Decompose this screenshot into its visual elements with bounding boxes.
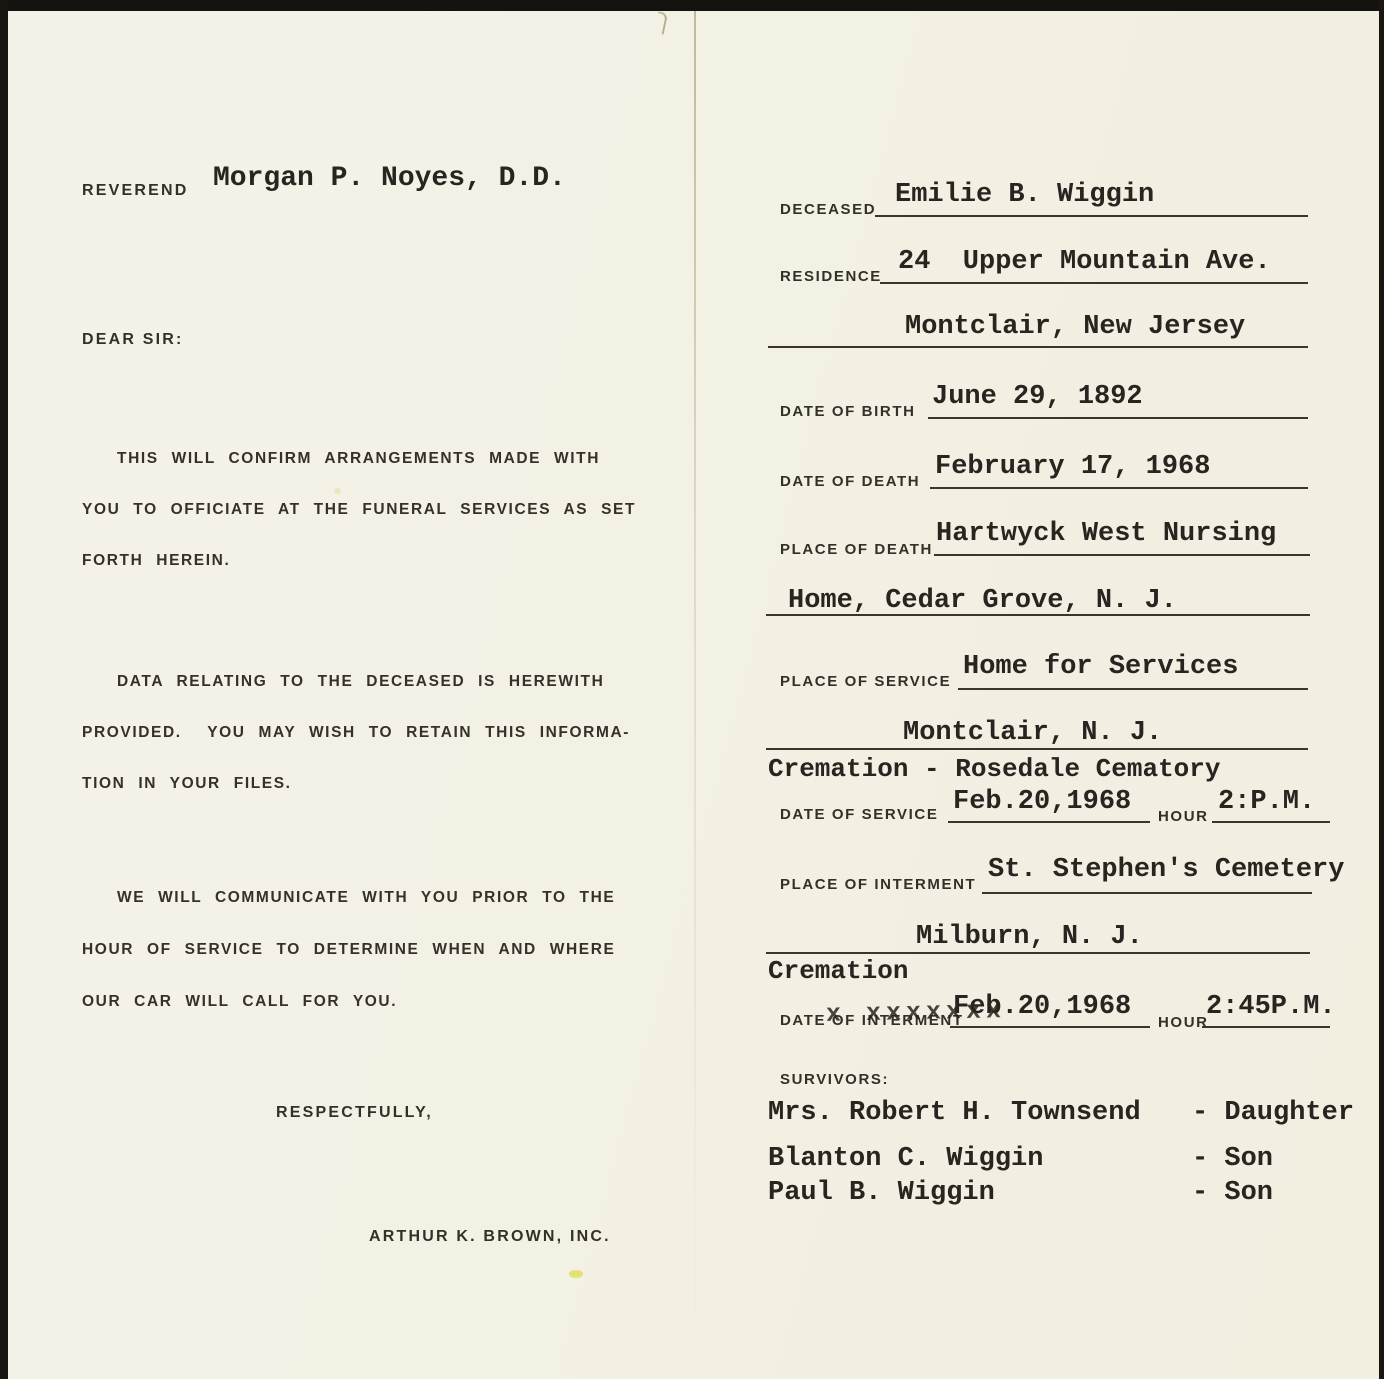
center-fold-line: [694, 11, 696, 1379]
ruled-line: [928, 417, 1308, 419]
deceased-label: DECEASED: [780, 201, 876, 218]
interment-hour-value: 2:45P.M.: [1206, 992, 1336, 1022]
ruled-line: [982, 892, 1312, 894]
letter-paragraph-line: DATA RELATING TO THE DECEASED IS HEREWIT…: [117, 673, 604, 691]
place-of-interment-value2: Milburn, N. J.: [916, 922, 1143, 952]
date-of-death-label: DATE OF DEATH: [780, 473, 920, 490]
letter-paragraph-line: HOUR OF SERVICE TO DETERMINE WHEN AND WH…: [82, 941, 615, 959]
date-of-death-value: February 17, 1968: [935, 452, 1210, 482]
letter-paragraph-line: FORTH HEREIN.: [82, 552, 230, 570]
cremation-note-interment: Cremation: [768, 956, 908, 986]
residence-value: 24 Upper Mountain Ave.: [898, 247, 1271, 277]
date-of-birth-value: June 29, 1892: [932, 382, 1143, 412]
service-hour-label: HOUR: [1158, 808, 1209, 825]
ruled-line: [948, 821, 1150, 823]
survivor-relation: - Son: [1192, 1144, 1273, 1174]
faint-stain: [334, 488, 341, 494]
date-of-interment-value: Feb.20,1968: [953, 992, 1131, 1022]
ruled-line: [875, 215, 1308, 217]
yellow-stain: [569, 1270, 583, 1278]
survivor-name: Paul B. Wiggin: [768, 1178, 995, 1208]
survivor-relation: - Son: [1192, 1178, 1273, 1208]
residence-value2: Montclair, New Jersey: [905, 312, 1245, 342]
date-of-interment-label-struck: OF INTERMENTx xxxxxxx: [832, 1012, 964, 1029]
scan-edge-top: [0, 0, 1384, 11]
deceased-value: Emilie B. Wiggin: [895, 180, 1154, 210]
date-of-service-value: Feb.20,1968: [953, 787, 1131, 817]
scanned-document: REVEREND Morgan P. Noyes, D.D. DEAR SIR:…: [0, 0, 1384, 1379]
ruled-line: [880, 282, 1308, 284]
letter-paragraph-line: TION IN YOUR FILES.: [82, 775, 292, 793]
salutation: DEAR SIR:: [82, 331, 184, 349]
place-of-death-value: Hartwyck West Nursing: [936, 519, 1276, 549]
closing: RESPECTFULLY,: [276, 1104, 433, 1122]
survivor-name: Blanton C. Wiggin: [768, 1144, 1043, 1174]
ruled-line: [950, 1026, 1150, 1028]
letter-paragraph-line: THIS WILL CONFIRM ARRANGEMENTS MADE WITH: [117, 450, 600, 468]
interment-hour-label: HOUR: [1158, 1014, 1209, 1031]
residence-label: RESIDENCE: [780, 268, 882, 285]
survivor-name: Mrs. Robert H. Townsend: [768, 1098, 1141, 1128]
place-of-death-label: PLACE OF DEATH: [780, 541, 933, 558]
ruled-line: [766, 748, 1308, 750]
ruled-line: [1202, 1026, 1330, 1028]
place-of-service-label: PLACE OF SERVICE: [780, 673, 951, 690]
letter-paragraph-line: WE WILL COMMUNICATE WITH YOU PRIOR TO TH…: [117, 889, 615, 907]
reverend-name: Morgan P. Noyes, D.D.: [213, 163, 566, 194]
place-of-interment-label: PLACE OF INTERMENT: [780, 876, 976, 893]
pen-mark: [654, 11, 668, 35]
place-of-service-value2: Montclair, N. J.: [903, 718, 1162, 748]
letter-paragraph-line: OUR CAR WILL CALL FOR YOU.: [82, 993, 397, 1011]
ruled-line: [766, 614, 1310, 616]
reverend-label: REVEREND: [82, 182, 189, 200]
letter-paragraph-line: YOU TO OFFICIATE AT THE FUNERAL SERVICES…: [82, 501, 636, 519]
ruled-line: [1212, 821, 1330, 823]
ruled-line: [958, 688, 1308, 690]
date-of-service-label: DATE OF SERVICE: [780, 806, 938, 823]
letter-paragraph-line: PROVIDED. YOU MAY WISH TO RETAIN THIS IN…: [82, 724, 630, 742]
date-of-interment-label: DATE OF INTERMENTx xxxxxxx: [780, 1012, 964, 1029]
place-of-interment-value: St. Stephen's Cemetery: [988, 855, 1344, 885]
scan-edge-right: [1379, 0, 1384, 1379]
place-of-service-value: Home for Services: [963, 652, 1238, 682]
date-of-interment-label-prefix: DATE: [780, 1012, 832, 1029]
ruled-line: [934, 554, 1310, 556]
date-of-birth-label: DATE OF BIRTH: [780, 403, 916, 420]
ruled-line: [768, 346, 1308, 348]
ruled-line: [766, 952, 1310, 954]
survivor-relation: - Daughter: [1192, 1098, 1354, 1128]
ruled-line: [930, 487, 1308, 489]
service-hour-value: 2:P.M.: [1218, 787, 1315, 817]
scan-edge-left: [0, 0, 8, 1379]
signature-company: ARTHUR K. BROWN, INC.: [369, 1228, 611, 1246]
place-of-death-value2: Home, Cedar Grove, N. J.: [788, 586, 1177, 616]
cremation-note-service: Cremation - Rosedale Cematory: [768, 754, 1220, 784]
survivors-heading: SURVIVORS:: [780, 1071, 889, 1088]
